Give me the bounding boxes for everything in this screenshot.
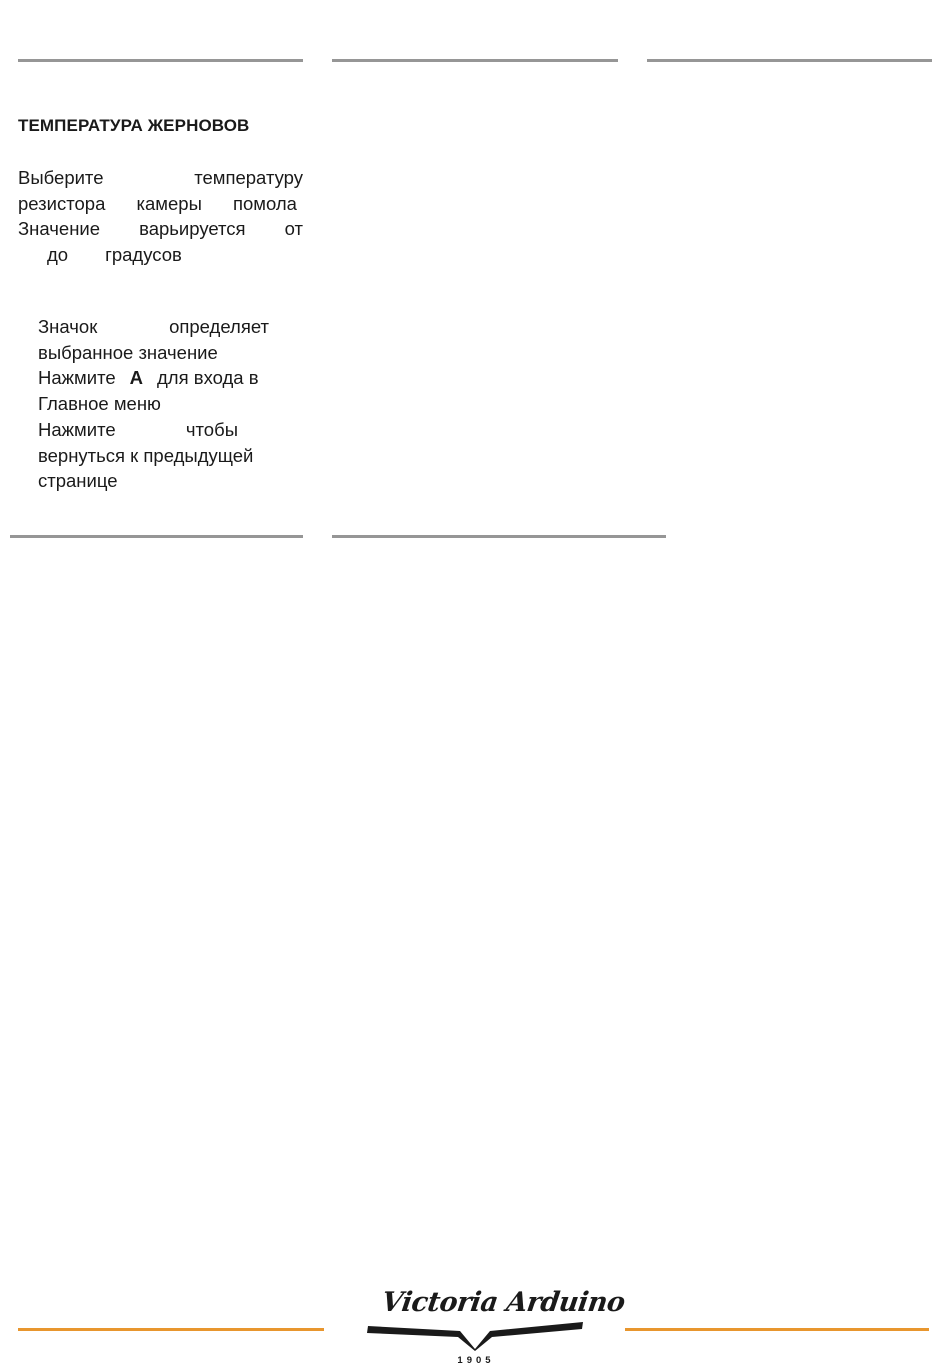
brand-logo: Victoria Arduino 1905 (360, 1285, 592, 1370)
description-paragraph: Выберите температуру резистора камеры по… (18, 165, 303, 268)
instruction-line: вернуться к предыдущей (38, 443, 291, 469)
instruction-line: Главное меню (38, 391, 291, 417)
text-word: помола (233, 191, 297, 217)
instruction-line: Нажмите чтобы (38, 417, 238, 443)
text-fragment: Главное меню (38, 391, 161, 417)
description-line: до градусов (18, 242, 303, 268)
description-line: Значение варьируется от (18, 216, 303, 242)
text-fragment: странице (38, 468, 118, 494)
bottom-rule-center (332, 535, 666, 538)
text-word: камеры (136, 191, 201, 217)
instruction-line: Значок определяет (38, 314, 269, 340)
key-a-label: A (130, 365, 143, 391)
text-word: определяет (169, 314, 269, 340)
top-rule-right (647, 59, 932, 62)
brand-year: 1905 (360, 1355, 592, 1366)
text-word: резистора (18, 191, 105, 217)
text-word: температуру (194, 165, 303, 191)
text-fragment: для входа в (157, 365, 259, 391)
text-word: Значок (38, 314, 97, 340)
section-title: ТЕМПЕРАТУРА ЖЕРНОВОВ (18, 116, 249, 136)
text-word: Выберите (18, 165, 104, 191)
text-word: Нажмите (38, 417, 116, 443)
top-rule-left (18, 59, 303, 62)
top-rule-center (332, 59, 618, 62)
text-word: до (47, 242, 68, 268)
text-word: варьируется (139, 216, 246, 242)
text-fragment: Нажмите (38, 365, 116, 391)
instruction-line: Нажмите A для входа в (38, 365, 291, 391)
instruction-line: странице (38, 468, 291, 494)
footer-rule-left (18, 1328, 324, 1331)
description-line: резистора камеры помола (18, 191, 297, 217)
text-fragment: вернуться к предыдущей (38, 443, 253, 469)
text-word: от (285, 216, 303, 242)
footer-rule-right (625, 1328, 929, 1331)
bottom-rule-left (10, 535, 303, 538)
instruction-line: выбранное значение (38, 340, 291, 366)
text-word: градусов (105, 242, 182, 268)
instructions-paragraph: Значок определяет выбранное значение Наж… (38, 314, 291, 494)
wing-chevron-icon (360, 1285, 592, 1355)
text-word: Значение (18, 216, 100, 242)
text-fragment: выбранное значение (38, 340, 218, 366)
description-line: Выберите температуру (18, 165, 303, 191)
text-word: чтобы (186, 417, 238, 443)
